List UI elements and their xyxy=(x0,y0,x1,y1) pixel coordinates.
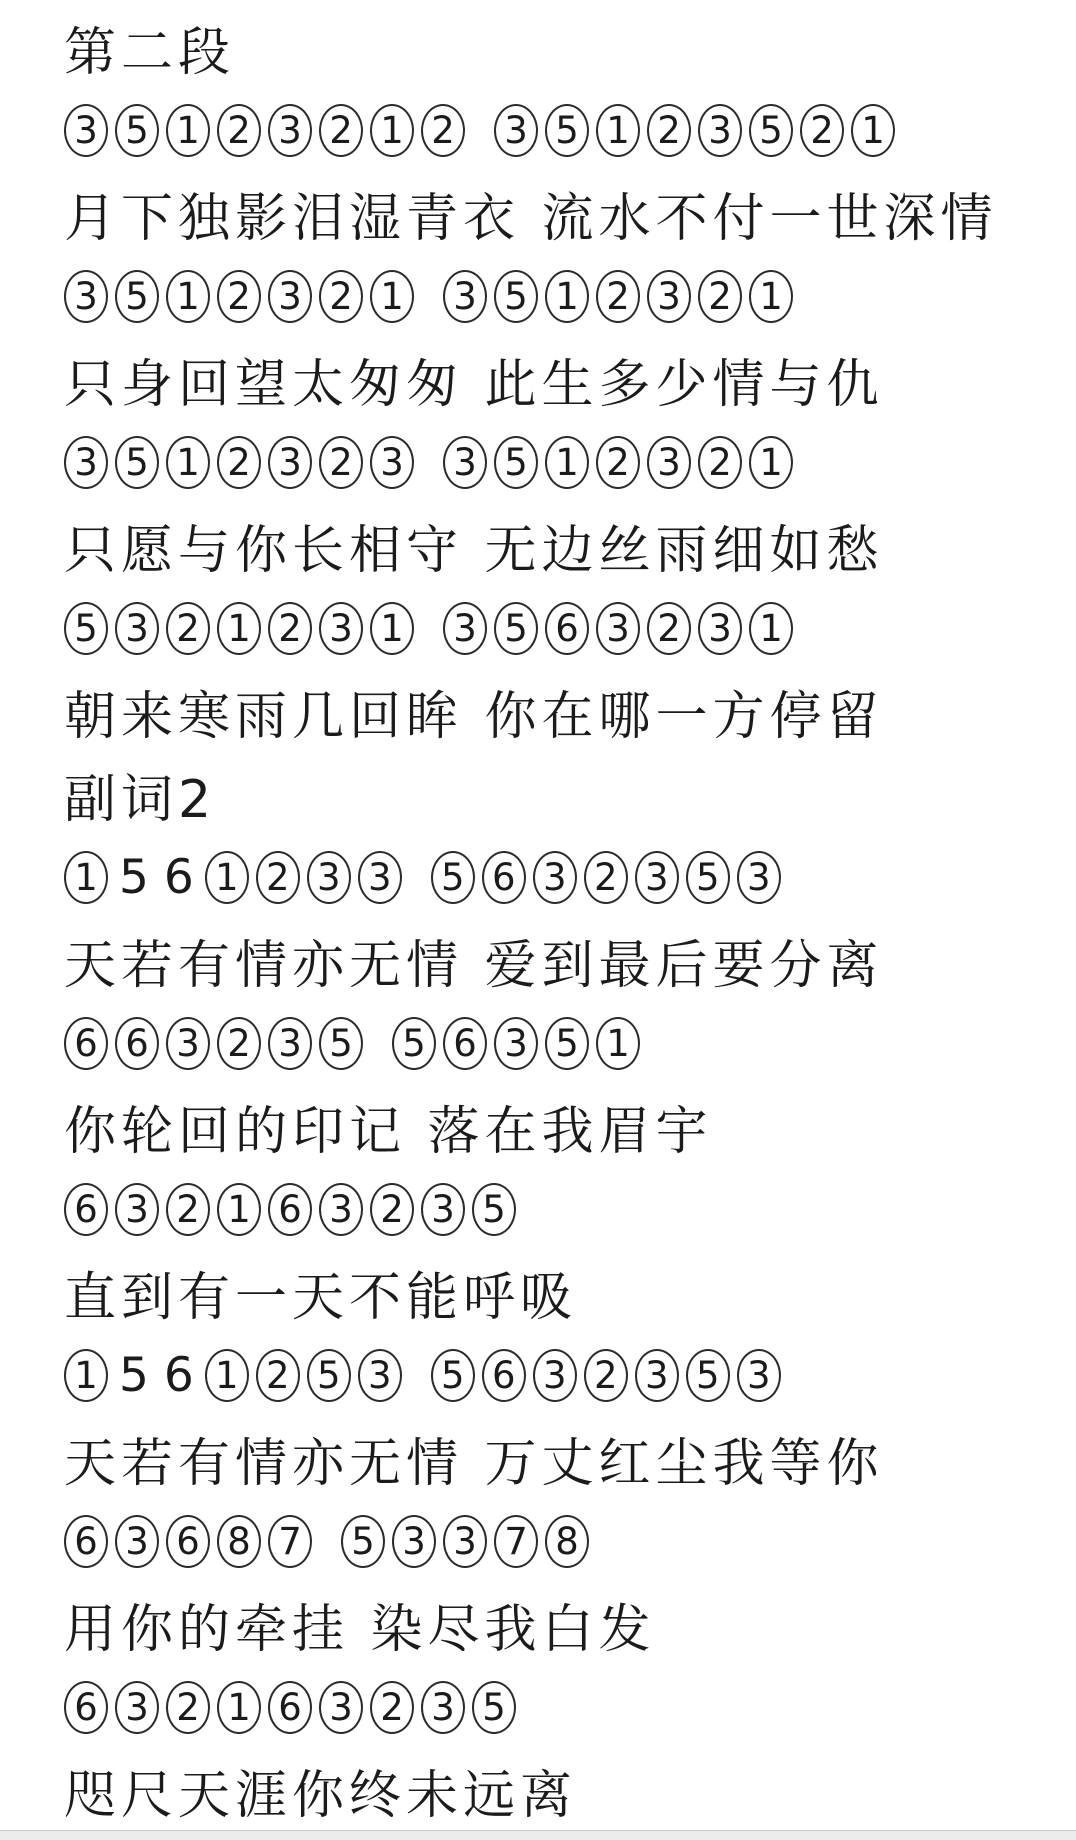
circled-note: 2 xyxy=(319,104,363,157)
circled-note: 6 xyxy=(545,602,589,655)
circled-note: 5 xyxy=(431,851,475,904)
circled-note: 6 xyxy=(115,1017,159,1070)
circled-note: 5 xyxy=(494,602,538,655)
circled-note: 2 xyxy=(800,104,844,157)
circled-note: 5 xyxy=(494,436,538,489)
circled-note: 3 xyxy=(115,1515,159,1568)
circled-note: 1 xyxy=(64,851,108,904)
circled-note: 5 xyxy=(545,104,589,157)
lyrics-line: 咫尺天涯你终未远离 xyxy=(64,1749,1076,1832)
circled-note: 5 xyxy=(472,1183,516,1236)
lyrics-line: 只身回望太匆匆 此生多少情与仇 xyxy=(64,338,1076,421)
circled-note: 3 xyxy=(647,436,691,489)
circled-note: 1 xyxy=(205,851,249,904)
score-lines: 第二段3512321235123521月下独影泪湿青衣 流水不付一世深情3512… xyxy=(0,0,1076,1832)
circled-note: 1 xyxy=(851,104,895,157)
circled-note: 3 xyxy=(268,1017,312,1070)
circled-note: 5 xyxy=(64,602,108,655)
circled-note: 8 xyxy=(545,1515,589,1568)
circled-note: 2 xyxy=(647,104,691,157)
circled-note: 3 xyxy=(319,1183,363,1236)
circled-note: 1 xyxy=(166,104,210,157)
circled-note: 1 xyxy=(217,602,261,655)
circled-note: 3 xyxy=(698,104,742,157)
circled-note: 2 xyxy=(596,436,640,489)
circled-note: 3 xyxy=(635,851,679,904)
circled-note: 3 xyxy=(64,436,108,489)
circled-note: 5 xyxy=(545,1017,589,1070)
circled-note: 3 xyxy=(115,1183,159,1236)
circled-note: 2 xyxy=(166,1183,210,1236)
circled-note: 6 xyxy=(64,1681,108,1734)
circled-note: 2 xyxy=(319,436,363,489)
notes-line: 632163235 xyxy=(64,1168,1076,1251)
circled-note: 6 xyxy=(482,851,526,904)
circled-note: 1 xyxy=(166,436,210,489)
circled-note: 2 xyxy=(166,1681,210,1734)
section-heading: 副词2 xyxy=(64,753,1076,836)
circled-note: 1 xyxy=(596,1017,640,1070)
circled-note: 1 xyxy=(545,270,589,323)
circled-note: 2 xyxy=(698,436,742,489)
plain-note: 6 xyxy=(164,1352,194,1399)
lyrics-line: 用你的牵挂 染尽我白发 xyxy=(64,1583,1076,1666)
circled-note: 1 xyxy=(370,270,414,323)
circled-note: 3 xyxy=(64,104,108,157)
circled-note: 3 xyxy=(737,851,781,904)
notes-line: 35123233512321 xyxy=(64,421,1076,504)
circled-note: 5 xyxy=(341,1515,385,1568)
circled-note: 3 xyxy=(494,104,538,157)
circled-note: 2 xyxy=(268,602,312,655)
lyrics-line: 天若有情亦无情 万丈红尘我等你 xyxy=(64,1417,1076,1500)
circled-note: 2 xyxy=(256,1349,300,1402)
circled-note: 3 xyxy=(358,1349,402,1402)
circled-note: 3 xyxy=(494,1017,538,1070)
circled-note: 3 xyxy=(737,1349,781,1402)
lyrics-line: 只愿与你长相守 无边丝雨细如愁 xyxy=(64,504,1076,587)
circled-note: 1 xyxy=(749,602,793,655)
circled-note: 1 xyxy=(596,104,640,157)
notes-line: 15612335632353 xyxy=(64,836,1076,919)
circled-note: 3 xyxy=(166,1017,210,1070)
circled-note: 7 xyxy=(268,1515,312,1568)
circled-note: 1 xyxy=(749,270,793,323)
circled-note: 1 xyxy=(370,104,414,157)
circled-note: 5 xyxy=(472,1681,516,1734)
notes-line: 66323556351 xyxy=(64,1002,1076,1085)
circled-note: 3 xyxy=(319,1681,363,1734)
sheet-music-page: 第二段3512321235123521月下独影泪湿青衣 流水不付一世深情3512… xyxy=(0,0,1076,1840)
circled-note: 1 xyxy=(166,270,210,323)
circled-note: 5 xyxy=(319,1017,363,1070)
circled-note: 3 xyxy=(268,270,312,323)
circled-note: 3 xyxy=(421,1681,465,1734)
circled-note: 3 xyxy=(443,1515,487,1568)
circled-note: 6 xyxy=(268,1681,312,1734)
lyrics-line: 直到有一天不能呼吸 xyxy=(64,1251,1076,1334)
circled-note: 5 xyxy=(749,104,793,157)
circled-note: 3 xyxy=(443,602,487,655)
circled-note: 6 xyxy=(166,1515,210,1568)
circled-note: 5 xyxy=(686,1349,730,1402)
circled-note: 2 xyxy=(370,1183,414,1236)
circled-note: 3 xyxy=(115,1681,159,1734)
circled-note: 2 xyxy=(166,602,210,655)
circled-note: 3 xyxy=(533,1349,577,1402)
circled-note: 1 xyxy=(217,1681,261,1734)
circled-note: 2 xyxy=(370,1681,414,1734)
circled-note: 3 xyxy=(370,436,414,489)
lyrics-line: 月下独影泪湿青衣 流水不付一世深情 xyxy=(64,172,1076,255)
circled-note: 2 xyxy=(256,851,300,904)
notes-line: 53212313563231 xyxy=(64,587,1076,670)
circled-note: 1 xyxy=(545,436,589,489)
circled-note: 5 xyxy=(115,436,159,489)
lyrics-line: 你轮回的印记 落在我眉宇 xyxy=(64,1085,1076,1168)
circled-note: 2 xyxy=(217,270,261,323)
circled-note: 5 xyxy=(392,1017,436,1070)
circled-note: 2 xyxy=(584,851,628,904)
circled-note: 3 xyxy=(319,602,363,655)
circled-note: 5 xyxy=(115,270,159,323)
circled-note: 3 xyxy=(268,104,312,157)
circled-note: 5 xyxy=(307,1349,351,1402)
section-heading: 第二段 xyxy=(64,6,1076,89)
circled-note: 3 xyxy=(115,602,159,655)
circled-note: 2 xyxy=(596,270,640,323)
circled-note: 3 xyxy=(635,1349,679,1402)
circled-note: 6 xyxy=(64,1017,108,1070)
circled-note: 3 xyxy=(392,1515,436,1568)
circled-note: 3 xyxy=(596,602,640,655)
circled-note: 8 xyxy=(217,1515,261,1568)
circled-note: 3 xyxy=(698,602,742,655)
circled-note: 6 xyxy=(482,1349,526,1402)
circled-note: 2 xyxy=(698,270,742,323)
circled-note: 6 xyxy=(64,1183,108,1236)
circled-note: 2 xyxy=(319,270,363,323)
notes-line: 3512321235123521 xyxy=(64,89,1076,172)
circled-note: 2 xyxy=(217,436,261,489)
lyrics-line: 朝来寒雨几回眸 你在哪一方停留 xyxy=(64,670,1076,753)
circled-note: 7 xyxy=(494,1515,538,1568)
notes-line: 15612535632353 xyxy=(64,1334,1076,1417)
circled-note: 3 xyxy=(307,851,351,904)
notes-line: 35123213512321 xyxy=(64,255,1076,338)
plain-note: 6 xyxy=(164,854,194,901)
circled-note: 5 xyxy=(115,104,159,157)
circled-note: 3 xyxy=(533,851,577,904)
circled-note: 1 xyxy=(64,1349,108,1402)
circled-note: 3 xyxy=(421,1183,465,1236)
bottom-edge-bar xyxy=(0,1830,1076,1840)
circled-note: 6 xyxy=(268,1183,312,1236)
circled-note: 1 xyxy=(370,602,414,655)
notes-line: 632163235 xyxy=(64,1666,1076,1749)
circled-note: 6 xyxy=(443,1017,487,1070)
plain-note: 5 xyxy=(119,854,149,901)
circled-note: 3 xyxy=(443,436,487,489)
circled-note: 3 xyxy=(358,851,402,904)
circled-note: 3 xyxy=(64,270,108,323)
circled-note: 5 xyxy=(686,851,730,904)
circled-note: 3 xyxy=(443,270,487,323)
circled-note: 6 xyxy=(64,1515,108,1568)
circled-note: 2 xyxy=(647,602,691,655)
circled-note: 2 xyxy=(217,104,261,157)
circled-note: 1 xyxy=(217,1183,261,1236)
circled-note: 2 xyxy=(421,104,465,157)
lyrics-line: 天若有情亦无情 爱到最后要分离 xyxy=(64,919,1076,1002)
circled-note: 3 xyxy=(268,436,312,489)
circled-note: 3 xyxy=(647,270,691,323)
circled-note: 1 xyxy=(205,1349,249,1402)
circled-note: 5 xyxy=(494,270,538,323)
notes-line: 6368753378 xyxy=(64,1500,1076,1583)
circled-note: 1 xyxy=(749,436,793,489)
circled-note: 2 xyxy=(217,1017,261,1070)
plain-note: 5 xyxy=(119,1352,149,1399)
circled-note: 5 xyxy=(431,1349,475,1402)
circled-note: 2 xyxy=(584,1349,628,1402)
